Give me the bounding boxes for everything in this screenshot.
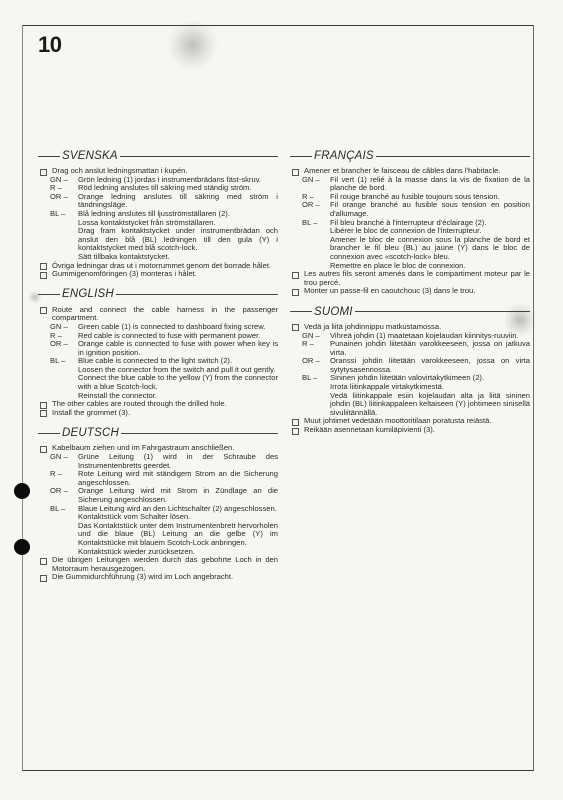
wire-code: GN – (302, 176, 330, 193)
wire-description: Orange ledning anslutes till säkring med… (78, 193, 278, 210)
wire-description: Sininen johdin liitetään valovirtakytkim… (330, 374, 530, 417)
wire-text: Blue cable is connected to the light swi… (78, 356, 232, 365)
instruction-item: Les autres fils seront amenés dans le co… (290, 270, 530, 287)
checkbox-square-icon (40, 575, 47, 582)
wire-substep: Drag fram kontaktstycket under instrumen… (78, 227, 278, 253)
heading-rule (290, 311, 312, 312)
wire-substep: Das Kontaktstück unter dem Instrumentenb… (78, 522, 278, 548)
wire-text: Blå ledning anslutes till ljusströmställ… (78, 209, 230, 218)
wire-text: Orange Leitung wird mit Strom in Zündlag… (78, 486, 278, 504)
wire-code: GN – (50, 453, 78, 470)
wire-text: Oranssi johdin liitetään varokkeeseen, j… (330, 356, 530, 374)
heading-rule (376, 156, 530, 157)
wire-description: Rote Leitung wird mit ständigem Strom an… (78, 470, 278, 487)
wire-text: Fil vert (1) relié à la masse dans la vi… (330, 175, 530, 193)
wire-code: OR – (50, 487, 78, 504)
punch-hole (14, 539, 30, 555)
wire-code: R – (302, 340, 330, 357)
wire-item: OR –Orange ledning anslutes till säkring… (50, 193, 278, 210)
wire-item: BL –Blue cable is connected to the light… (50, 357, 278, 400)
wire-code: BL – (50, 210, 78, 262)
section-title: DEUTSCH (60, 429, 121, 438)
wire-text: Rote Leitung wird mit ständigem Strom an… (78, 469, 278, 487)
wire-code: R – (50, 470, 78, 487)
checkbox-square-icon (292, 272, 299, 279)
wire-item: BL –Sininen johdin liitetään valovirtaky… (302, 374, 530, 417)
instruction-text: Install the grommet (3). (52, 409, 278, 418)
section-english: ENGLISHRoute and connect the cable harne… (38, 289, 278, 418)
wire-description: Orange cable is connected to fuse with p… (78, 340, 278, 357)
wire-text: Orange ledning anslutes till säkring med… (78, 192, 278, 210)
wire-code: OR – (302, 201, 330, 218)
wire-code: OR – (302, 357, 330, 374)
section-francais: FRANÇAISAmener et brancher le faisceau d… (290, 150, 530, 296)
section-heading: DEUTSCH (38, 427, 278, 439)
wire-description: Blå ledning anslutes till ljusströmställ… (78, 210, 278, 262)
instruction-item: Die Gummidurchführung (3) wird im Loch a… (38, 573, 278, 582)
wire-item: BL –Blaue Leitung wird an den Lichtschal… (50, 505, 278, 557)
wire-description: Blaue Leitung wird an den Lichtschalter … (78, 505, 278, 557)
wire-item: R –Rote Leitung wird mit ständigem Strom… (50, 470, 278, 487)
wire-text: Orange cable is connected to fuse with p… (78, 339, 278, 357)
section-deutsch: DEUTSCHKabelbaum ziehen und im Fahrgastr… (38, 427, 278, 582)
checkbox-square-icon (40, 446, 47, 453)
right-column: FRANÇAISAmener et brancher le faisceau d… (290, 150, 530, 445)
wire-description: Fil bleu branché à l'interrupteur d'écla… (330, 219, 530, 271)
instruction-item: Reikään asennetaan kumiläpivienti (3). (290, 426, 530, 435)
section-title: SVENSKA (60, 152, 120, 161)
wire-code: OR – (50, 340, 78, 357)
wire-description: Blue cable is connected to the light swi… (78, 357, 278, 400)
heading-rule (121, 433, 278, 434)
instruction-text: Die Gummidurchführung (3) wird im Loch a… (52, 573, 278, 582)
wire-item: BL –Fil bleu branché à l'interrupteur d'… (302, 219, 530, 271)
wire-description: Grüne Leitung (1) wird in der Schraube d… (78, 453, 278, 470)
wire-substep: Vedä liitinkappale esiin kojelaudan alta… (330, 392, 530, 418)
wire-text: Punainen johdin liitetään varokkeeseen, … (330, 339, 530, 357)
punch-hole (14, 483, 30, 499)
checkbox-square-icon (40, 402, 47, 409)
checkbox-square-icon (292, 428, 299, 435)
instruction-text: Monter un passe-fil en caoutchouc (3) da… (304, 287, 530, 296)
wire-item: GN –Grüne Leitung (1) wird in der Schrau… (50, 453, 278, 470)
heading-rule (116, 294, 278, 295)
wire-description: Fil orange branché au fusible sous tensi… (330, 201, 530, 218)
wire-description: Oranssi johdin liitetään varokkeeseen, j… (330, 357, 530, 374)
heading-rule (38, 433, 60, 434)
heading-rule (290, 156, 312, 157)
section-title: SUOMI (312, 308, 355, 317)
wire-item: BL –Blå ledning anslutes till ljusströms… (50, 210, 278, 262)
wire-item: OR –Oranssi johdin liitetään varokkeesee… (302, 357, 530, 374)
heading-rule (38, 156, 60, 157)
section-heading: SUOMI (290, 306, 530, 318)
section-title: ENGLISH (60, 290, 116, 299)
instruction-text: Route and connect the cable harness in t… (52, 306, 278, 323)
section-title: FRANÇAIS (312, 152, 376, 161)
heading-rule (355, 311, 530, 312)
wire-code: BL – (50, 505, 78, 557)
wire-item: OR –Orange Leitung wird mit Strom in Zün… (50, 487, 278, 504)
wire-item: OR –Fil orange branché au fusible sous t… (302, 201, 530, 218)
section-heading: ENGLISH (38, 289, 278, 301)
wire-item: OR –Orange cable is connected to fuse wi… (50, 340, 278, 357)
checkbox-square-icon (292, 289, 299, 296)
wire-description: Fil vert (1) relié à la masse dans la vi… (330, 176, 530, 193)
instruction-item: Die übrigen Leitungen werden durch das g… (38, 556, 278, 573)
checkbox-square-icon (40, 263, 47, 270)
wire-code: BL – (50, 357, 78, 400)
scan-smudge (165, 20, 220, 70)
instruction-item: Monter un passe-fil en caoutchouc (3) da… (290, 287, 530, 296)
heading-rule (38, 294, 60, 295)
instruction-text: Les autres fils seront amenés dans le co… (304, 270, 530, 287)
wire-text: Grüne Leitung (1) wird in der Schraube d… (78, 452, 278, 470)
wire-text: Fil orange branché au fusible sous tensi… (330, 200, 530, 218)
instruction-item: Install the grommet (3). (38, 409, 278, 418)
checkbox-square-icon (40, 272, 47, 279)
checkbox-square-icon (40, 169, 47, 176)
wire-substep: Amener le bloc de connexion sous la plan… (330, 236, 530, 262)
wire-description: Orange Leitung wird mit Strom in Zündlag… (78, 487, 278, 504)
wire-item: GN –Fil vert (1) relié à la masse dans l… (302, 176, 530, 193)
wire-code: BL – (302, 374, 330, 417)
section-heading: SVENSKA (38, 150, 278, 162)
wire-description: Punainen johdin liitetään varokkeeseen, … (330, 340, 530, 357)
heading-rule (120, 156, 278, 157)
checkbox-square-icon (40, 410, 47, 417)
wire-item: R –Punainen johdin liitetään varokkeesee… (302, 340, 530, 357)
section-suomi: SUOMIVedä ja liitä johdinnippu matkustam… (290, 306, 530, 435)
checkbox-square-icon (292, 169, 299, 176)
instruction-text: Die übrigen Leitungen werden durch das g… (52, 556, 278, 573)
wire-substep: Connect the blue cable to the yellow (Y)… (78, 374, 278, 391)
instruction-text: Gummigenomföringen (3) monteras i hålet. (52, 270, 278, 279)
instruction-text: Reikään asennetaan kumiläpivienti (3). (304, 426, 530, 435)
instruction-item: Gummigenomföringen (3) monteras i hålet. (38, 270, 278, 279)
checkbox-square-icon (292, 324, 299, 331)
left-column: SVENSKADrag och anslut ledningsmattan i … (38, 150, 278, 592)
wire-code: OR – (50, 193, 78, 210)
checkbox-square-icon (40, 307, 47, 314)
section-svenska: SVENSKADrag och anslut ledningsmattan i … (38, 150, 278, 279)
checkbox-square-icon (292, 419, 299, 426)
section-heading: FRANÇAIS (290, 150, 530, 162)
page-number: 10 (38, 32, 61, 58)
wire-code: BL – (302, 219, 330, 271)
instruction-item: Route and connect the cable harness in t… (38, 306, 278, 323)
checkbox-square-icon (40, 558, 47, 565)
